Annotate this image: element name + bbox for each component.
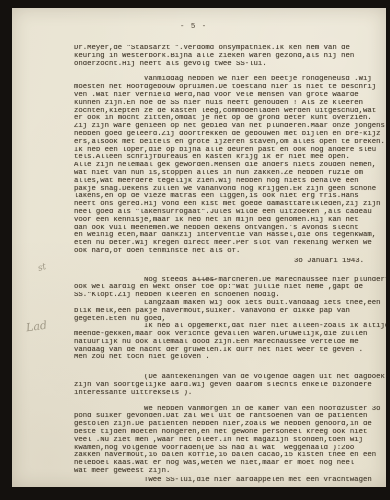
text-line: en weinig eten,maar dankzij interventie … <box>74 232 386 240</box>
text-line: lakens,en op de vieze matras een liggen,… <box>74 193 386 201</box>
paragraph: We hebben vanmorgen in de kamer van een … <box>74 406 386 476</box>
text-line: 3o Januari 1943. <box>74 258 364 266</box>
text-line: moesten het Hoofdgebouw opruimen.De toes… <box>74 84 386 92</box>
text-line: ven .Wat hier vernield werd,had voor vel… <box>74 92 386 100</box>
text-line: hebben goed geleerd.Zij doortrekken de g… <box>74 131 386 139</box>
text-line: wat meer geweest zijn. <box>74 468 386 476</box>
text-line: veel .Nu ziet men ,waar het bleef.In het… <box>74 437 386 445</box>
paragraph: Dr.Meyer,de "Stabsarzt ".Verdomd onsympa… <box>74 45 386 68</box>
text-line: pakje shag.Dekens zullen we vananvond no… <box>74 186 386 194</box>
paragraph: Vanmiddag hebben we hier een beetje rond… <box>74 76 386 255</box>
text-line: SS."Klopt.Zij hebben kleeren en schoenen… <box>74 292 386 300</box>
text-line: keuring in Westerbork.Bijna alle zieken … <box>74 53 386 61</box>
text-line: Ik heb een loper,die op bijna alle deure… <box>74 147 386 155</box>
pencil-mark: st <box>37 262 48 274</box>
text-line: Alle zijn helemaal gek geworden.Mensen d… <box>74 162 386 170</box>
text-line: er ook in mocht zitten,omdat je het op d… <box>74 115 386 123</box>
text-line: zakken havermout,16 balen koffie,16 bale… <box>74 452 386 460</box>
text-line: blik melk,een pakje havermout,suiker. Va… <box>74 308 386 316</box>
text-line: (De aantekeningen van de volgende dagen … <box>74 374 386 382</box>
text-line: zijn van soortgelijke aard.Wij geven daa… <box>74 382 386 390</box>
text-line: alles,wat meerdere tegelijk zien.Wij heb… <box>74 178 386 186</box>
text-line: heel goed als "lakensurrogaat".Jules wil… <box>74 209 386 217</box>
paragraph: (De aantekeningen van de volgende dagen … <box>74 374 386 397</box>
text-line: Men zou het toch niet geloven . <box>74 354 386 362</box>
page-number: - 5 - <box>180 23 207 31</box>
pencil-mark: Lad <box>25 319 48 335</box>
text-line: gestolen zijn.De patienten hebben hier,z… <box>74 421 386 429</box>
text-line: kwamen,nog volgende voorraden(De SS had … <box>74 445 386 453</box>
scanned-page-photo: - 5 - st Lad Dr.Meyer,de "Stabsarzt ".Ve… <box>0 0 390 500</box>
text-line: zochten,kiepten ze de kasten leeg,commod… <box>74 108 386 116</box>
text-line: ook hard,of doen tenminste net als of. <box>74 248 386 256</box>
paragraph: Ik heb al opgemerkt,dat hier niet alleen… <box>74 323 386 362</box>
text-line: interessante uittreksels ). <box>74 390 386 398</box>
text-line: ers,alsook met beitels en grote ijzeren … <box>74 139 386 147</box>
text-line: meende-gekken,maar ook verichte gevallen… <box>74 331 386 339</box>
text-line: Ik heb al opgemerkt,dat hier niet alleen… <box>74 323 386 331</box>
text-line: ook wel aardig en wekt onser toe op:"Wat… <box>74 284 386 292</box>
text-line: gegeten.Eten nu goed, <box>74 316 386 324</box>
date-line: 3o Januari 1943. <box>74 258 386 266</box>
document-body: Dr.Meyer,de "Stabsarzt ".Verdomd onsympa… <box>74 45 386 487</box>
text-line: heeft ons gered.Hij vond een kist met go… <box>74 201 386 209</box>
text-line: Zij zijn ware genieën op het gebied van … <box>74 123 386 131</box>
text-line: tels.Alleen schrijfbureaus en kasten kri… <box>74 154 386 162</box>
paper-sheet: - 5 - st Lad Dr.Meyer,de "Stabsarzt ".Ve… <box>12 8 386 487</box>
text-line: kunnen zijn.En hoe de SS hier huis heeft… <box>74 100 386 108</box>
text-line: Nog steeds a̶l̶l̶e̶s̶-marcheren.De Marec… <box>74 277 386 285</box>
text-line: pond suiker gevonden.Dat zal wel uit de … <box>74 413 386 421</box>
text-line: dan ook vuil meenemen.We hebben dekens o… <box>74 225 386 233</box>
text-line: Vanmiddag hebben we hier een beetje rond… <box>74 76 386 84</box>
text-line: wat niet van hun is,stoppen alles in hun… <box>74 170 386 178</box>
text-line: heleboel kaas.Wat er nog was,weten we ni… <box>74 460 386 468</box>
text-line: onderzocht.Hij heeft als gevolg twee SS-… <box>74 61 386 69</box>
paragraph: Langzaam maken wij ook iets buit.Vandaag… <box>74 300 386 323</box>
text-line: Dr.Meyer,de "Stabsarzt ".Verdomd onsympa… <box>74 45 386 53</box>
text-line: natuurlijk nu ook allemaal dood zijn.Een… <box>74 339 386 347</box>
paragraph: Nog steeds a̶l̶l̶e̶s̶-marcheren.De Marec… <box>74 277 386 300</box>
text-line: We hebben vanmorgen in de kamer van een … <box>74 406 386 414</box>
text-line: Langzaam maken wij ook iets buit.Vandaag… <box>74 300 386 308</box>
paragraph: Twee SS-lui,die hier aardappelen met een… <box>74 477 386 485</box>
text-line: voor een kennisje,maar ik heb het in mij… <box>74 217 386 225</box>
text-line: eten nu beter.Wij kregen direct meer.Per… <box>74 240 386 248</box>
text-line: beste tijden moeten hongeren,en het gewo… <box>74 429 386 437</box>
text-line: vandaag van de nacht der gruwelen.Ik dur… <box>74 347 386 355</box>
text-line: Twee SS-lui,die hier aardappelen met een… <box>74 477 386 485</box>
